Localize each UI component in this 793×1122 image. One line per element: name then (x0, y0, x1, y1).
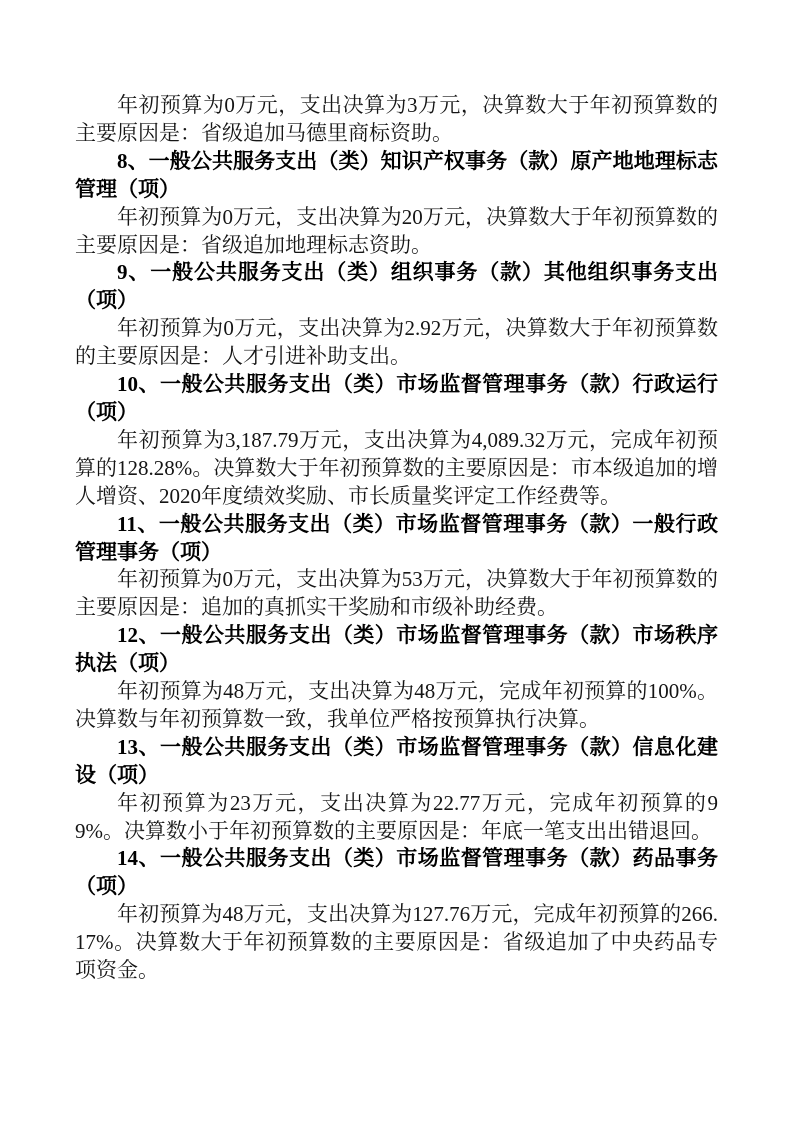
body-paragraph: 年初预算为0万元，支出决算为3万元，决算数大于年初预算数的主要原因是：省级追加马… (75, 92, 718, 148)
section-heading: 9、一般公共服务支出（类）组织事务（款）其他组织事务支出（项） (75, 259, 718, 315)
section-heading: 10、一般公共服务支出（类）市场监督管理事务（款）行政运行（项） (75, 371, 718, 427)
section-heading: 14、一般公共服务支出（类）市场监督管理事务（款）药品事务（项） (75, 845, 718, 901)
body-paragraph: 年初预算为0万元，支出决算为20万元，决算数大于年初预算数的主要原因是：省级追加… (75, 204, 718, 260)
document-page: 年初预算为0万元，支出决算为3万元，决算数大于年初预算数的主要原因是：省级追加马… (0, 0, 793, 1122)
section-heading: 13、一般公共服务支出（类）市场监督管理事务（款）信息化建设（项） (75, 734, 718, 790)
document-body: 年初预算为0万元，支出决算为3万元，决算数大于年初预算数的主要原因是：省级追加马… (75, 92, 718, 985)
body-paragraph: 年初预算为23万元，支出决算为22.77万元，完成年初预算的99%。决算数小于年… (75, 790, 718, 846)
section-heading: 8、一般公共服务支出（类）知识产权事务（款）原产地地理标志管理（项） (75, 148, 718, 204)
body-paragraph: 年初预算为48万元，支出决算为127.76万元，完成年初预算的266.17%。决… (75, 901, 718, 985)
body-paragraph: 年初预算为0万元，支出决算为53万元，决算数大于年初预算数的主要原因是：追加的真… (75, 566, 718, 622)
body-paragraph: 年初预算为0万元，支出决算为2.92万元，决算数大于年初预算数的主要原因是：人才… (75, 315, 718, 371)
section-heading: 11、一般公共服务支出（类）市场监督管理事务（款）一般行政管理事务（项） (75, 511, 718, 567)
section-heading: 12、一般公共服务支出（类）市场监督管理事务（款）市场秩序执法（项） (75, 622, 718, 678)
body-paragraph: 年初预算为48万元，支出决算为48万元，完成年初预算的100%。决算数与年初预算… (75, 678, 718, 734)
body-paragraph: 年初预算为3,187.79万元，支出决算为4,089.32万元，完成年初预算的1… (75, 427, 718, 511)
